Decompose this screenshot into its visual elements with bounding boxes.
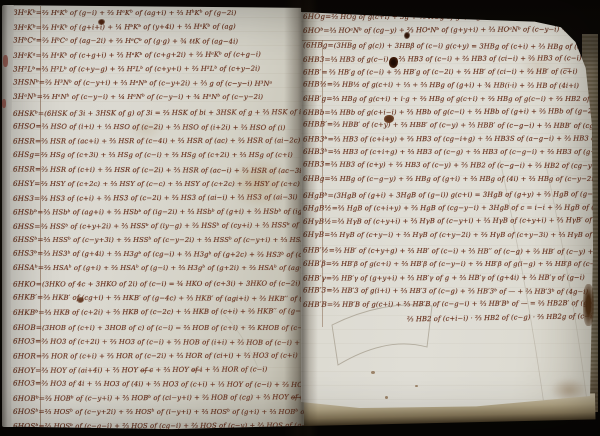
line-label: 3HᵇCᵃ= (13, 36, 42, 45)
manuscript-line: ⅔ HB2 of (c+i−i) · ⅔ HB2 of (c−g) · ⅔ HB… (381, 312, 593, 329)
line-label: 6HKB′= (13, 292, 43, 301)
gutter-shadow (284, 0, 318, 436)
line-label: 6HOY= (13, 366, 42, 375)
edge-stain (583, 284, 594, 326)
line-label: 3H²Lᵇ= (13, 65, 42, 74)
manuscript-line: 6HOSᵇ= ⅔ HOSᵇ of (c−y+2i) + ⅔ HOSᵇ of (i… (13, 407, 303, 421)
line-equation: ⅔ HOBᵇ of (c−y+i) + ⅔ HOBᵇ of (ci−y+i) +… (45, 393, 304, 403)
manuscript-line: 6HB′g= ⅔ HBg of g(c+i) + i·g + ⅔ HBg of … (303, 94, 593, 107)
line-equation: ⅔ HSbᵇ of (ag+i) + ⅔ HSbᵇ of (ig−2i) + ⅔… (43, 207, 304, 216)
manuscript-line: 3HᵃKᵇ= ⅔ HᵃKᵇ of (g−i) + ⅔ HᵃKᵇ of (ag+i… (13, 8, 303, 22)
line-equation: ⅔ HB′B of g(c+i) + ⅔ HB′B of (c−g−i) + ⅔… (333, 299, 593, 309)
line-equation: ⅔ HS3 of (c+i) + ⅔ HS3 of (c−2i) + ⅔ HS3… (41, 193, 298, 203)
line-equation: ⅔ HOg of g(c+i) + 3g + ⅔ HOg of gc(c−g) … (331, 13, 593, 21)
line-equation: (3HBg of g(c)) + 3HBβ of (c−i) g(c+y) = … (334, 41, 593, 51)
line-label: 6HSR= (13, 164, 41, 173)
line-label: 6HS3ᵇ= (13, 248, 43, 257)
foxing-spot (415, 385, 418, 387)
line-equation: ⅔ HOR of (c+i) + ⅔ HOR of (c−2i) + ⅔ HOR… (42, 352, 298, 361)
line-equation: ⅔ HOSᵇ of (c−g−i) + ⅔ HOS of (cg−i) + ⅔ … (45, 422, 304, 430)
line-equation: ⅔ HγB of (c+y−i) + ⅔ HγB of (c+y−2i) + ⅔… (330, 231, 593, 239)
line-equation: ⅔ HBB′ of (c+y) + ⅔ HBB′ of (c−y) + ⅔ HB… (333, 121, 593, 130)
line-label: 6HSS= (13, 221, 41, 230)
line-equation: ⅔ HB′g of (c−i) + ⅔ HB′g of (c−2i) + ⅔ H… (329, 68, 578, 77)
line-equation: ⅔ HSR of (c+i) + ⅔ HSR of (c−2i) + ⅔ HSR… (41, 165, 304, 174)
foxing-spot (385, 396, 388, 399)
line-label: 3HᵃNᵇ= (13, 92, 43, 101)
red-edge-mark (3, 55, 8, 67)
manuscript-line: 3HᵃKᵇ= ⅔ HᵃKᵇ of (g+i+i) + ¼ HᵇKᵇ of (y+… (13, 21, 303, 37)
manuscript-line: 6HSAᵇ= ⅔ HSAᵇ of (g+i) + ⅔ HSAᵇ of (g−i)… (13, 263, 303, 277)
line-equation: ⅔ HOᵃNᵇ of (cg−y) + ⅔ HOᵃNᵇ of (g+y+i) +… (330, 25, 593, 35)
manuscript-line: 6HKBᵇ= ⅔ HKB of (c+2i) + ⅔ HKB of (c−2c)… (13, 306, 303, 322)
foxing-spot (371, 371, 375, 374)
line-equation: (3HKO of 4c + 3HKO of 2i) of (c−i) = ¾ H… (42, 279, 304, 288)
line-equation: ⅔ HB′β of g(c+i) + ⅔ HB′β of (c−y−i) + ⅔… (332, 260, 593, 268)
line-equation: ⅔ HgB of (c+i+y) + ⅔ HgB of (cg−y−i) + 3… (338, 203, 593, 212)
line-label: 6HOBᵇ= (13, 394, 45, 403)
line-equation: ⅔ HBg of (c−g−y) + ⅔ HBg of (g+i) + ⅔ HB… (331, 175, 593, 183)
left-page: 3HᵃKᵇ= ⅔ HᵃKᵇ of (g−i) + ⅔ HᵃKᵇ of (ag+i… (10, 4, 304, 430)
manuscript-line: 6HBB′= ⅔ HBB′ of (c+y) + ⅔ HBB′ of (c−y)… (303, 120, 593, 135)
manuscript-line: 6HKO= (3HKO of 4c + 3HKO of 2i) of (c−i)… (13, 278, 303, 293)
manuscript-line: 6HOᵇ= ⅔ HOᵃNᵇ of (cg−y) + ⅔ HOᵃNᵇ of (g+… (303, 24, 593, 39)
line-equation: ⅔ H³Nᵇ of (c−y+i) + ⅔ HᵃNᵇ of (c−y+2i) +… (45, 79, 272, 88)
equation-lines-left: 3HᵃKᵇ= ⅔ HᵃKᵇ of (g−i) + ⅔ HᵃKᵇ of (ag+i… (13, 8, 303, 430)
manuscript-line: 3HᵃNᵇ= ⅔ HᵃNᵇ of (c−y−i) + ¼ HᵃNᵇ of (c−… (13, 92, 303, 106)
manuscript-line: 6HSbᵇ= ⅔ HSbᵇ of (ag+i) + ⅔ HSbᵇ of (ig−… (13, 206, 303, 221)
line-equation: ⅔ HB3 of g(c−i) + ⅔ HB3 of (c−i) + ⅔ HB3… (331, 54, 593, 64)
manuscript-line: 6HSS= ⅔ HSSᵇ of (c+y+2i) + ⅔ HSSᵇ of (iy… (13, 220, 303, 236)
line-label: 6HOSᵇ= (13, 407, 45, 416)
line-equation: ⅔ HSg of (c+3i) + ⅔ HSg of (c−i) + ⅔ HSg… (41, 151, 293, 159)
line-label: 3HᵃKᵇ= (13, 8, 42, 17)
line-equation: ⅔ HSY of (c+2c) + ⅔ HSY of (c−c) + ⅔ HSY… (41, 180, 300, 188)
line-equation: ⅔ HSR of (ac+i) + ⅔ HSR of (c−4i) + ⅔ HS… (41, 137, 300, 146)
manuscript-photo: 3HᵃKᵇ= ⅔ HᵃKᵇ of (g−i) + ⅔ HᵃKᵇ of (ag+i… (0, 0, 600, 436)
line-label: 3HᵃKᵇ= (13, 23, 42, 32)
manuscript-line: 6HSSᵇ= ⅔ HSSᵇ of (c−y+3i) + ⅔ HSSᵇ of (c… (13, 235, 303, 249)
manuscript-line: 6HγB= ⅔ HγB of (c+y−i) + ⅔ HγB of (c+y−2… (303, 230, 593, 243)
manuscript-line: 6HS3= ⅔ HS3 of (c+i) + ⅔ HS3 of (c−2i) +… (13, 192, 303, 208)
line-equation: ⅔ HOSᵇ of (c−y+2i) + ⅔ HOSᵇ of (i−y+i) +… (45, 408, 304, 416)
line-equation: (3HgB of (g+i) + 3HgB of (g−i)) g(c+i) =… (334, 189, 593, 200)
manuscript-line: 6HS3ᵇ= ⅔ HS3ᵇ of (g+4i) + ⅔ H3gᵇ of (cg−… (13, 248, 303, 264)
line-label: 6HKBᵇ= (13, 308, 45, 317)
line-equation: ⅔ HB½ of g(c+i) + ⅓ + ⅔ HBg of (g+i) + ¾… (333, 81, 579, 90)
line-equation: ⅔ HγB of (c+y+i) + ⅔ HγB of (c−y+i) + ⅔ … (338, 216, 593, 226)
line-label: 3HᵃKᵃ= (13, 51, 42, 60)
line-equation: ⅔ HKB of (c+2i) + ⅔ HKB of (c−2c) + ⅓ HK… (45, 307, 304, 317)
line-equation: ⅔ HB3 of (c+i+y) + ⅔ HB3 of (cg−i+g) + ⅔… (334, 134, 593, 143)
manuscript-line: 6HOg= ⅔ HOg of g(c+i) + 3g + ⅔ HOg of gc… (303, 12, 593, 25)
manuscript-line: 6HB3ᵇ= ⅔ HB3 of (c+i+g) + ⅔ HB3 of (c−g)… (303, 147, 593, 160)
line-equation: ⅔ HOY of (ai+4i) + ⅔ HOY o̶f̶ ̶c̶ + ⅔ HO… (41, 366, 267, 375)
line-equation: ⅔ HᵃKᵇ of (g−i) + ⅔ HᵃKᵇ of (ag+i) + ⅔ H… (42, 9, 236, 17)
line-label: 6HO3= (13, 337, 41, 346)
line-equation: ⅔ HB3 of (c+i+g) + ⅔ HB3 of (c−g) + ⅔ HB… (334, 148, 593, 156)
line-equation: ⅔ HᵇCᵃ of (ag−2i) + ⅔ HᵃCᵇ of (g·g) + ¾ … (42, 37, 238, 46)
equation-lines-right: 6HOg= ⅔ HOg of g(c+i) + 3g + ⅔ HOg of gc… (303, 12, 593, 327)
right-page: 56 — 6HOg= ⅔ HOg of g(c+i) + 3g + ⅔ HOg … (301, 8, 593, 408)
manuscript-line: 3HSNᵇ= ⅔ H³Nᵇ of (c−y+i) + ⅔ HᵃNᵇ of (c−… (13, 78, 303, 94)
line-label: 6HSY= (13, 179, 41, 188)
manuscript-line: 6HB3ᵇ= ⅔ HB3 of (c+i+y) + ⅔ HB3 of (cg−i… (303, 133, 593, 147)
line-equation: ⅔ HB3 of (c+y) + ⅔ HB3 of (c−y) + ⅔ HB2 … (331, 161, 593, 170)
line-equation: ⅔ HBb of g(c+i−i) + ⅔ HBb of g(c−i) + ⅔ … (331, 107, 593, 117)
manuscript-line: 3H²Lᵇ= ⅔ H²Lᵇ of (c+y−g) + ⅔ H²Lᵇ of (c+… (13, 64, 303, 79)
line-equation: ⅔ HSAᵇ of (g+i) + ⅔ HSAᵇ of (g−i) + ⅔ H3… (44, 264, 304, 272)
line-equation: ⅔ HᵃKᵇ of (g+i+i) + ¼ HᵇKᵇ of (y+4i) + ⅔… (42, 23, 236, 32)
manuscript-line: 6HSR= ⅔ HSR of (ac+i) + ⅔ HSR of (c−4i) … (13, 136, 303, 151)
manuscript-line: 6HB′B= ⅔ HB′B of g(c+i) + ⅔ HB′B of (c−g… (303, 298, 593, 313)
line-equation: ⅔ HB′γ of (g+y+i) + ⅔ HB′γ of g + ⅔ HB′γ… (332, 273, 584, 282)
line-label: 6HSO= (13, 122, 42, 131)
line-label: 6HS3= (13, 193, 41, 202)
manuscript-line: 6HOBᵇ= ⅔ HOBᵇ of (c−y+i) + ⅔ HOBᵇ of (ci… (13, 392, 303, 408)
line-label: 6HOSᵇ= (13, 422, 45, 430)
manuscript-line: 6HOB= (3HOB of (c+i) + 3HOB of c) of (c−… (13, 323, 303, 337)
line-equation: ⅔ HB′3 of g(i+i) + ⅔ HB′3 of (c−g) + ⅔ H… (333, 287, 589, 296)
line-equation: ⅔ H²Lᵇ of (c+y−g) + ⅔ H²Lᵇ of (c+y+i) + … (42, 65, 261, 74)
manuscript-line: 6HSR= ⅔ HSR of (c+i) + ⅔ HSR of (c−2i) +… (13, 164, 303, 180)
line-equation: ⅔ HBg of g(c+i) + i·g + ⅔ HBg of g(c+i) … (333, 95, 593, 103)
manuscript-line: 6HγB½= ⅔ HγB of (c+y+i) + ⅔ HγB of (c−y+… (303, 216, 593, 231)
line-equation: ⅔ HSSᵇ of (c+y+2i) + ⅔ HSSᵇ of (iy−g) + … (41, 221, 304, 231)
line-equation: (3HOB of (c+i) + 3HOB of c) of (c−i) = ⅔… (42, 324, 304, 332)
line-label: 6HSSᵇ= (13, 235, 44, 244)
line-equation: (6HSK of 3i + 3HSK of g) of 3i = ⅔ HSK o… (44, 108, 304, 118)
line-label: 3HSNᵇ= (13, 78, 45, 87)
line-equation: ⅔ HO3 of 4i + ⅓ HO3 of (4i) + ⅔ HO3 of (… (41, 380, 304, 389)
manuscript-line: 6HOSᵇ= ⅔ HOSᵇ of (c−g−i) + ⅔ HOS of (cg−… (13, 421, 303, 430)
line-label: 6HSR= (13, 137, 41, 146)
line-equation: ⅔ HS3ᵇ of (g+4i) + ⅔ H3gᵇ of (cg−i) + ⅔ … (43, 249, 304, 258)
line-equation: ⅔ HᵃKᵇ of (c+g+i) + ⅔ HᵃKᵇ of (c+g+2i) +… (42, 51, 261, 60)
manuscript-line: 6HSY= ⅔ HSY of (c+2c) + ⅔ HSY of (c−c) +… (13, 179, 303, 193)
manuscript-line: 6HBg= ⅔ HBg of (c−g−y) + ⅔ HBg of (g+i) … (303, 174, 593, 187)
line-label: 6HO3= (13, 379, 41, 388)
folio-number: 56 (559, 16, 573, 29)
line-label: 6HKO= (13, 279, 42, 288)
line-equation: ⅔ HB′ of (c+y+g) + ⅔ HB′ of (c−i) + ⅔ HB… (335, 247, 593, 257)
line-equation: ⅔ HᵃNᵇ of (c−y−i) + ¼ HᵃNᵇ of (c−y−i) + … (43, 93, 263, 101)
line-label: 6HSg= (13, 150, 41, 159)
manuscript-line: 6HB′½= ⅔ HB′ of (c+y+g) + ⅔ HB′ of (c−i)… (303, 245, 593, 260)
manuscript-line: 6HB′γ= ⅔ HB′γ of (g+y+i) + ⅔ HB′γ of g +… (303, 272, 593, 286)
manuscript-line: 6HB′β= ⅔ HB′β of g(c+i) + ⅔ HB′β of (c−y… (303, 259, 593, 272)
line-equation: ⅔ HO3 of (c+2i) + ⅔ HO3 of (c−i) + ⅔ HOB… (41, 338, 304, 348)
manuscript-line: 6HSg= ⅔ HSg of (c+3i) + ⅔ HSg of (c−i) +… (13, 150, 303, 164)
line-label: 6HSAᵇ= (13, 263, 44, 272)
manuscript-line: 6HB3= ⅔ HB3 of (c+y) + ⅔ HB3 of (c−y) + … (303, 160, 593, 175)
line-equation: ⅔ HSO of (i+i) + ⅓ HSO of (c−2i) + ⅔ HSO… (42, 123, 286, 132)
line-label: 6HSKᵇ= (13, 109, 44, 118)
line-label: 6HOR= (13, 352, 42, 361)
manuscript-line: 6HB½= ⅔ HB½ of g(c+i) + ⅓ + ⅔ HBg of (g+… (303, 80, 593, 95)
line-label: 6HOB= (13, 323, 42, 332)
line-label: 6HSbᵇ= (13, 207, 43, 216)
line-equation: ⅔ HSSᵇ of (c−y+3i) + ⅔ HSSᵇ of (c−y−2i) … (44, 236, 304, 244)
red-edge-mark (2, 99, 6, 108)
